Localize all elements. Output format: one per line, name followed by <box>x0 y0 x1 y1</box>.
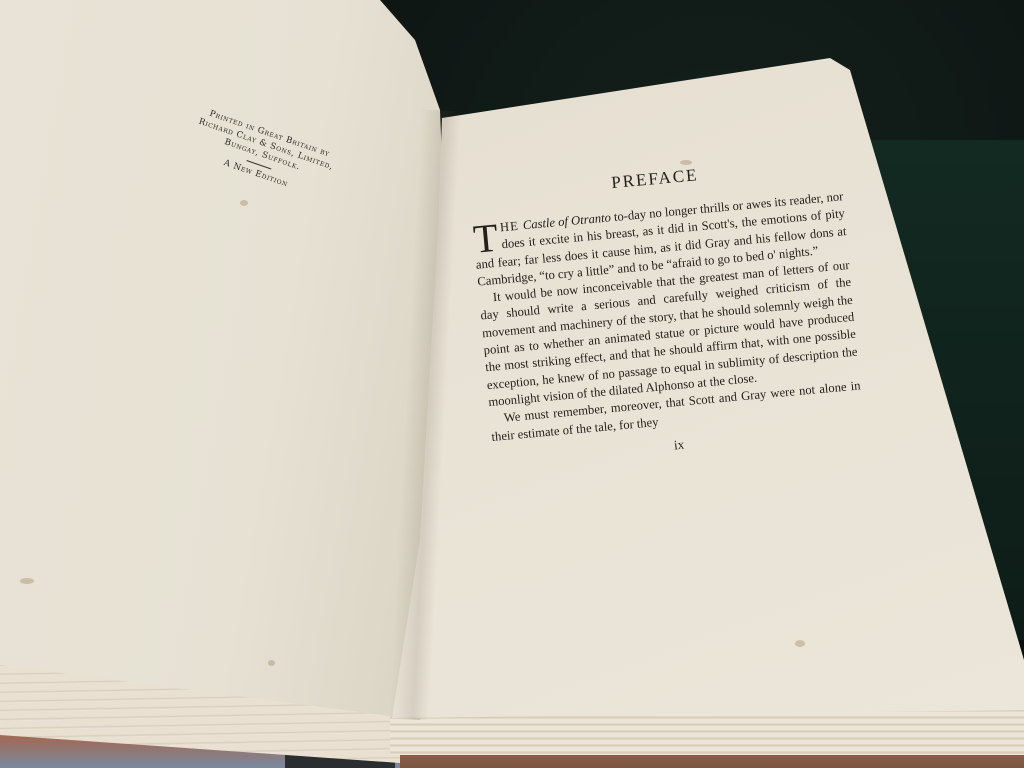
drop-cap: T <box>472 222 499 256</box>
foxing-spot <box>268 660 275 666</box>
left-page <box>0 0 445 720</box>
foxing-spot <box>20 578 34 584</box>
lead-in: HE <box>499 218 523 234</box>
foxing-spot <box>795 640 805 647</box>
preface-text-block: PREFACE THE Castle of Otranto to-day no … <box>470 166 865 469</box>
foxing-spot <box>240 200 248 206</box>
foxing-spot <box>680 160 692 165</box>
